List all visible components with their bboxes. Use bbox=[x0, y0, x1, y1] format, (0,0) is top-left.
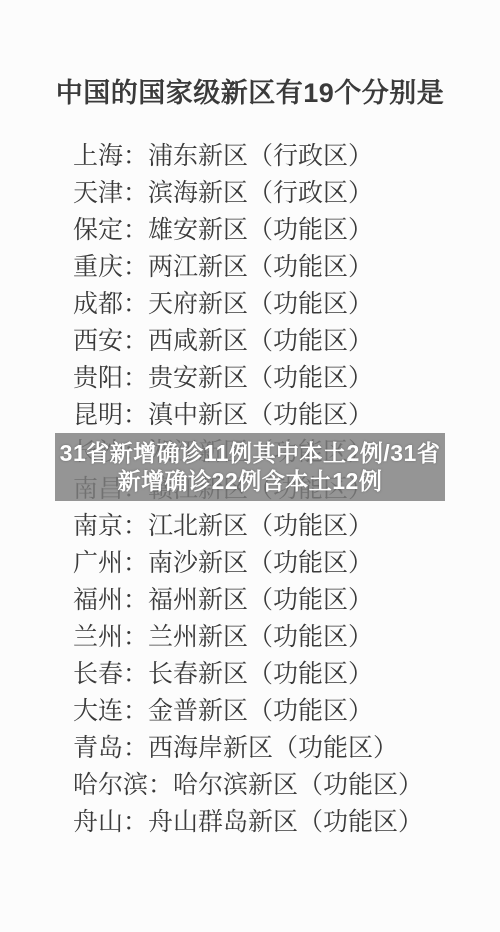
type-label: （功能区） bbox=[273, 734, 398, 762]
area-label: 雄安新区 bbox=[148, 216, 248, 244]
city-label: 福州： bbox=[73, 586, 148, 614]
city-label: 南京： bbox=[73, 512, 148, 540]
area-label: 天府新区 bbox=[148, 290, 248, 318]
area-label: 两江新区 bbox=[148, 253, 248, 281]
city-label: 天津： bbox=[73, 179, 148, 207]
city-label: 青岛： bbox=[73, 734, 148, 762]
type-label: （功能区） bbox=[298, 808, 423, 836]
area-label: 福州新区 bbox=[148, 586, 248, 614]
list-item: 保定：雄安新区（功能区） bbox=[73, 212, 423, 249]
city-label: 哈尔滨： bbox=[73, 771, 173, 799]
city-label: 广州： bbox=[73, 549, 148, 577]
area-label: 舟山群岛新区 bbox=[148, 808, 298, 836]
area-label: 贵安新区 bbox=[148, 364, 248, 392]
type-label: （功能区） bbox=[248, 623, 373, 651]
area-label: 长春新区 bbox=[148, 660, 248, 688]
list-item: 昆明：滇中新区（功能区） bbox=[73, 397, 423, 434]
city-label: 重庆： bbox=[73, 253, 148, 281]
list-item: 兰州：兰州新区（功能区） bbox=[73, 619, 423, 656]
area-label: 浦东新区 bbox=[148, 142, 248, 170]
list-item: 南京：江北新区（功能区） bbox=[73, 508, 423, 545]
list-item: 西安：西咸新区（功能区） bbox=[73, 323, 423, 360]
area-label: 西咸新区 bbox=[148, 327, 248, 355]
type-label: （行政区） bbox=[248, 179, 373, 207]
city-label: 大连： bbox=[73, 697, 148, 725]
overlay-line-2: 新增确诊22例含本土12例 bbox=[118, 467, 383, 495]
list-item: 福州：福州新区（功能区） bbox=[73, 582, 423, 619]
list-item: 长春：长春新区（功能区） bbox=[73, 656, 423, 693]
type-label: （功能区） bbox=[248, 364, 373, 392]
area-label: 兰州新区 bbox=[148, 623, 248, 651]
city-label: 贵阳： bbox=[73, 364, 148, 392]
list-item: 贵阳：贵安新区（功能区） bbox=[73, 360, 423, 397]
list-item: 哈尔滨：哈尔滨新区（功能区） bbox=[73, 767, 423, 804]
type-label: （功能区） bbox=[248, 216, 373, 244]
city-label: 兰州： bbox=[73, 623, 148, 651]
type-label: （功能区） bbox=[248, 512, 373, 540]
type-label: （功能区） bbox=[248, 586, 373, 614]
page-title: 中国的国家级新区有19个分别是 bbox=[0, 71, 500, 110]
city-label: 西安： bbox=[73, 327, 148, 355]
area-label: 滨海新区 bbox=[148, 179, 248, 207]
type-label: （功能区） bbox=[248, 253, 373, 281]
city-label: 保定： bbox=[73, 216, 148, 244]
city-label: 成都： bbox=[73, 290, 148, 318]
overlay-line-1: 31省新增确诊11例其中本土2例/31省 bbox=[60, 439, 441, 467]
list-item: 青岛：西海岸新区（功能区） bbox=[73, 730, 423, 767]
list-item: 大连：金普新区（功能区） bbox=[73, 693, 423, 730]
type-label: （功能区） bbox=[298, 771, 423, 799]
list-item: 舟山：舟山群岛新区（功能区） bbox=[73, 804, 423, 841]
type-label: （功能区） bbox=[248, 290, 373, 318]
area-label: 金普新区 bbox=[148, 697, 248, 725]
city-label: 舟山： bbox=[73, 808, 148, 836]
city-label: 长春： bbox=[73, 660, 148, 688]
city-label: 昆明： bbox=[73, 401, 148, 429]
list-item: 成都：天府新区（功能区） bbox=[73, 286, 423, 323]
list-item: 天津：滨海新区（行政区） bbox=[73, 175, 423, 212]
area-label: 南沙新区 bbox=[148, 549, 248, 577]
type-label: （功能区） bbox=[248, 401, 373, 429]
type-label: （功能区） bbox=[248, 697, 373, 725]
list-item: 重庆：两江新区（功能区） bbox=[73, 249, 423, 286]
area-label: 西海岸新区 bbox=[148, 734, 273, 762]
list-item: 广州：南沙新区（功能区） bbox=[73, 545, 423, 582]
poster: 中国的国家级新区有19个分别是 上海：浦东新区（行政区）天津：滨海新区（行政区）… bbox=[0, 0, 500, 932]
city-label: 上海： bbox=[73, 142, 148, 170]
type-label: （功能区） bbox=[248, 660, 373, 688]
news-caption-overlay: 31省新增确诊11例其中本土2例/31省 新增确诊22例含本土12例 bbox=[55, 433, 445, 501]
type-label: （行政区） bbox=[248, 142, 373, 170]
area-label: 滇中新区 bbox=[148, 401, 248, 429]
area-label: 江北新区 bbox=[148, 512, 248, 540]
type-label: （功能区） bbox=[248, 327, 373, 355]
type-label: （功能区） bbox=[248, 549, 373, 577]
list-item: 上海：浦东新区（行政区） bbox=[73, 138, 423, 175]
area-label: 哈尔滨新区 bbox=[173, 771, 298, 799]
